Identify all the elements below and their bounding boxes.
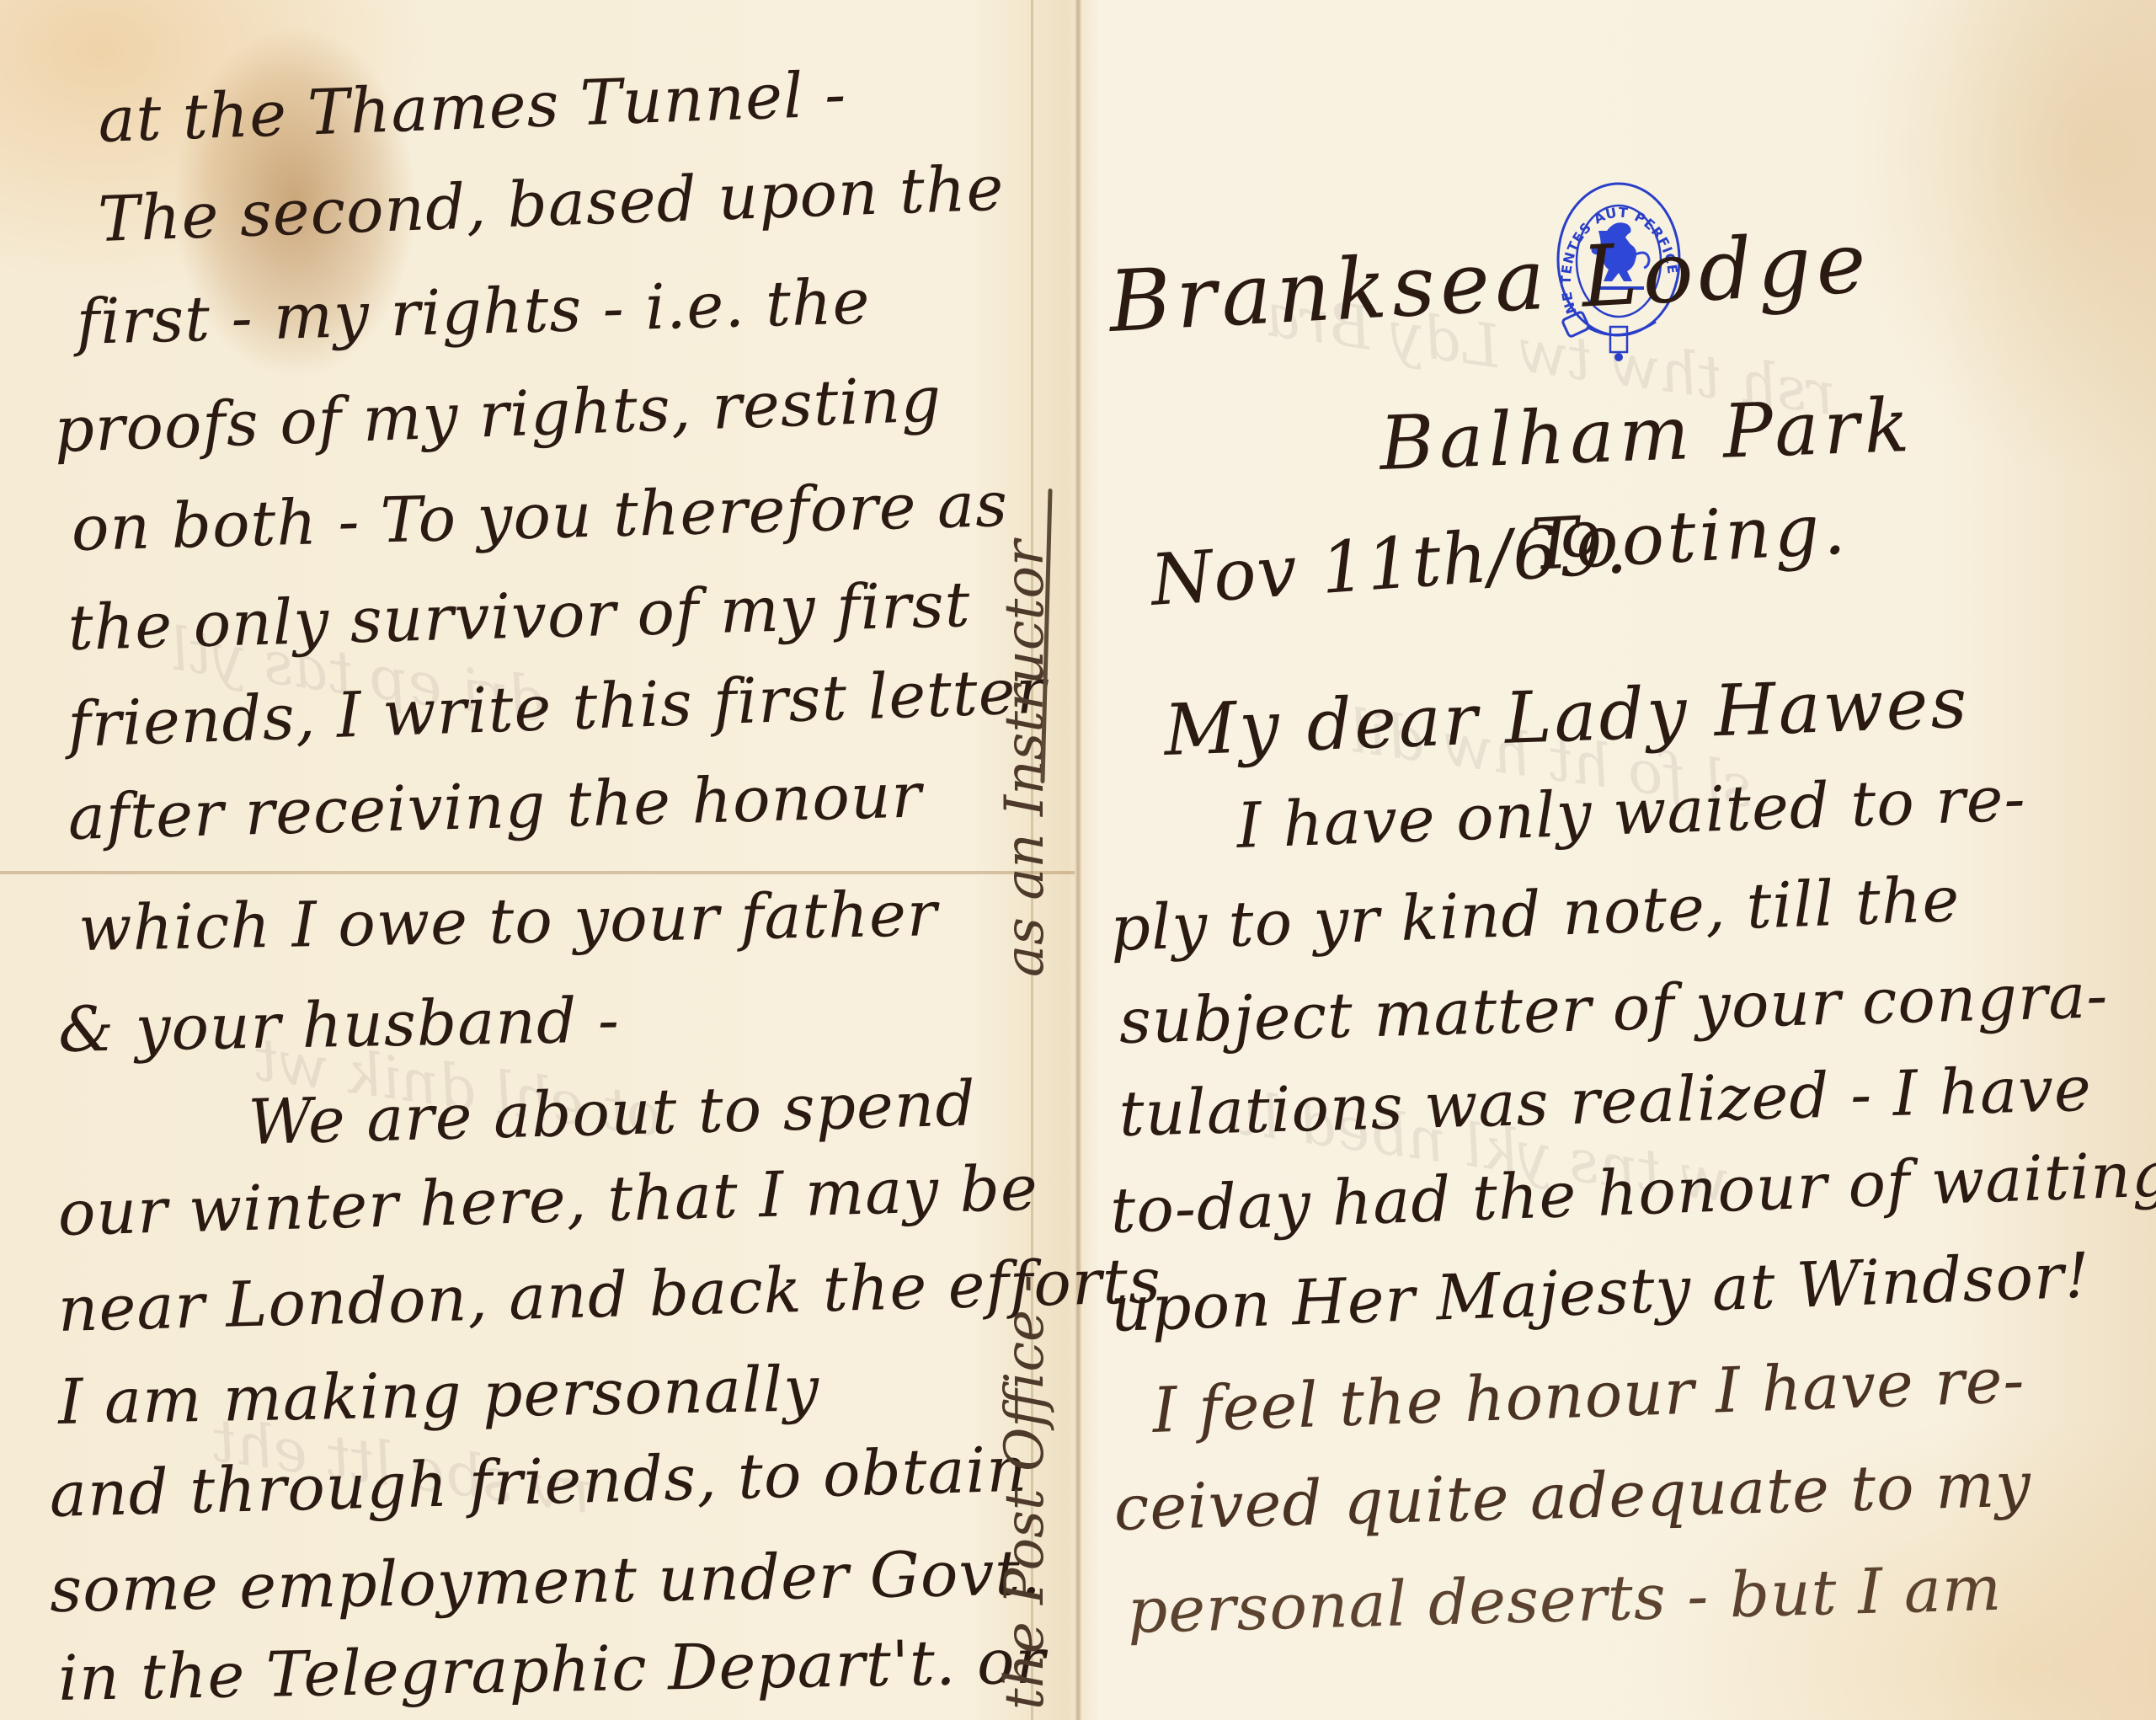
address-line-1: Branksea Lodge	[1107, 213, 1874, 351]
left-line-4: proofs of my rights, resting	[53, 363, 942, 467]
left-line-11: We are about to spend	[248, 1067, 977, 1159]
left-line-9: which I owe to your father	[77, 878, 937, 965]
center-fold	[1075, 0, 1081, 1720]
salutation: My dear Lady Hawes	[1163, 661, 1971, 772]
left-line-6: the only survivor of my first	[67, 569, 972, 665]
left-line-1: at the Thames Tunnel -	[97, 58, 847, 157]
right-line-1: I have only waited to re-	[1235, 762, 2027, 863]
left-line-15: and through friends, to obtain	[49, 1434, 1028, 1531]
left-line-16: some employment under Govt.	[49, 1536, 1042, 1627]
left-line-7: friends, I write this first letter	[67, 654, 1048, 761]
left-line-14: I am making personally	[57, 1353, 819, 1439]
address-line-2: Balham Park	[1378, 382, 1915, 487]
right-line-2: ply to yr kind note, till the	[1109, 863, 1961, 965]
right-line-6: upon Her Majesty at Windsor!	[1109, 1239, 2091, 1346]
left-line-5: on both - To you therefore as	[71, 468, 1009, 565]
left-line-10: & your husband -	[57, 984, 620, 1066]
margin-note-lower: the Post Office -	[994, 1274, 1056, 1710]
left-line-3: first - my rights - i.e. the	[76, 265, 872, 359]
right-line-8: ceived quite adequate to my	[1113, 1449, 2032, 1545]
letter-date: Nov 11th/69.	[1148, 506, 1630, 622]
right-line-3: subject matter of your congra-	[1118, 959, 2110, 1058]
left-line-2: The second, based upon the	[97, 152, 1006, 256]
left-line-12: our winter here, that I may be	[57, 1152, 1039, 1250]
right-line-7: I feel the honour I have re-	[1151, 1344, 2026, 1447]
right-page: NE TENTES AUT PERFICE Branksea Lodge Bal…	[1081, 0, 2156, 1720]
left-page: at the Thames Tunnel - The second, based…	[0, 0, 1075, 1720]
right-line-9: personal deserts - but I am	[1127, 1552, 2003, 1648]
left-line-17: in the Telegraphic Depart't. or	[57, 1626, 1046, 1715]
right-line-4: tulations was realized - I have	[1118, 1053, 2093, 1151]
left-line-8: after receiving the honour	[67, 759, 923, 854]
right-line-5: to-day had the honour of waiting	[1109, 1138, 2156, 1247]
